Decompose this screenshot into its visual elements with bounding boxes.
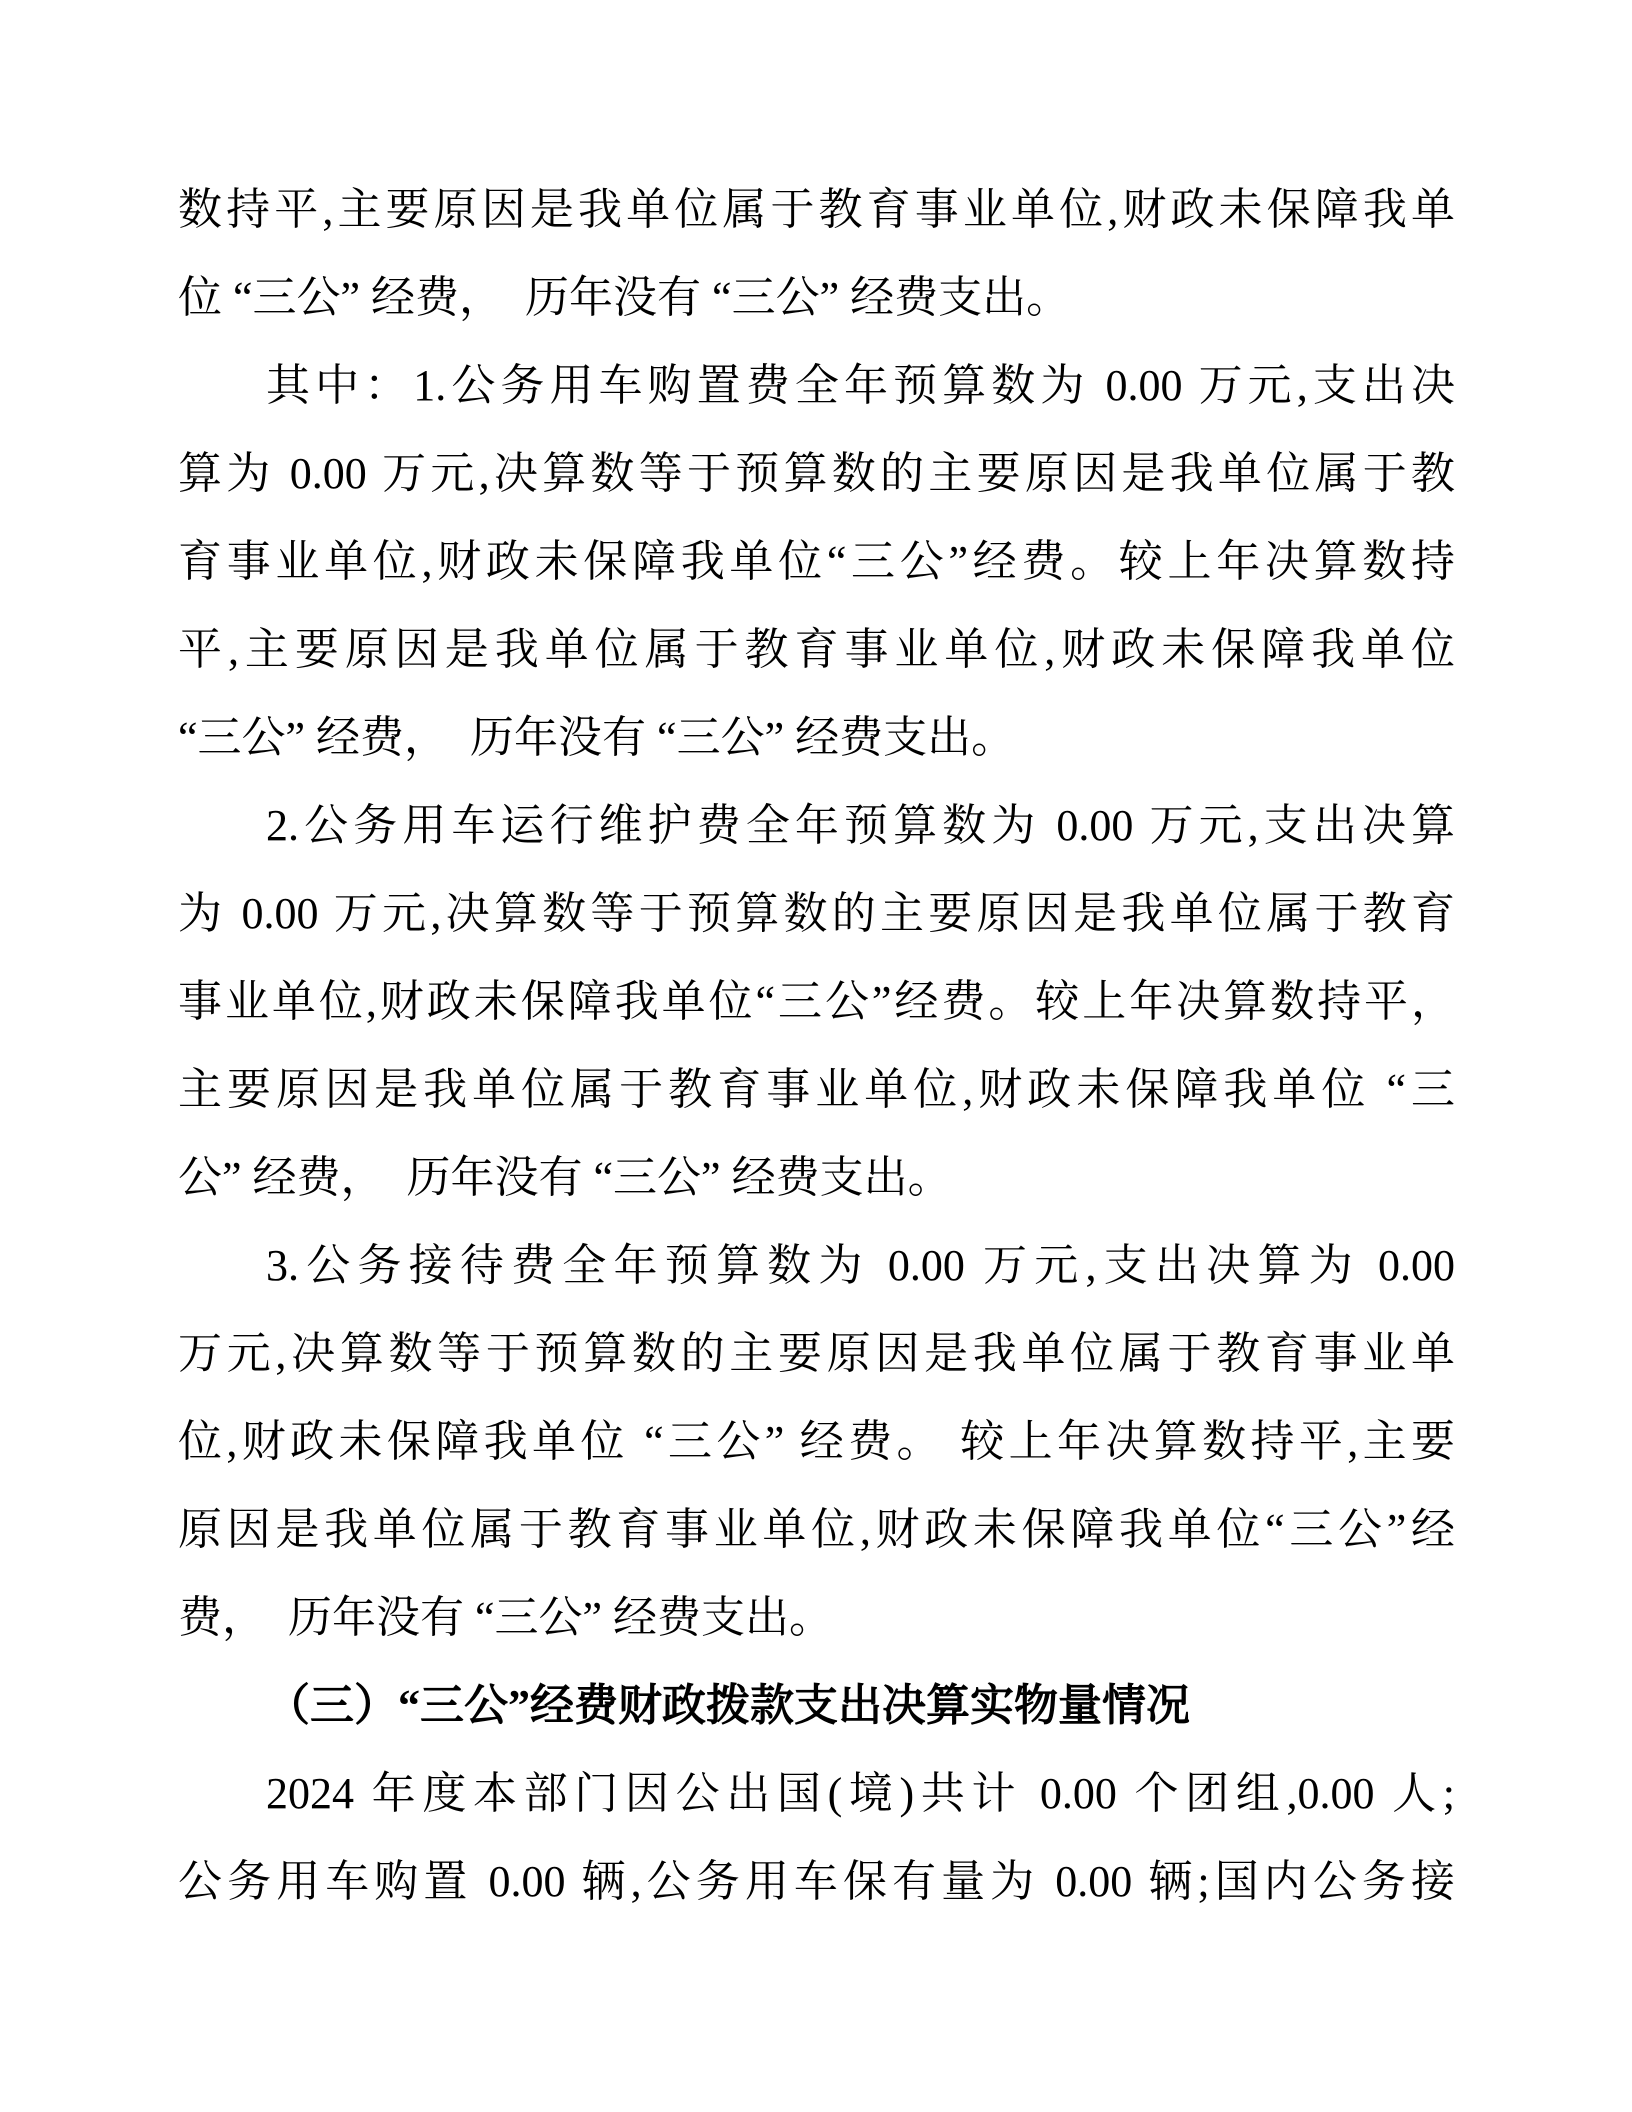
text-line: 其中：1.公务用车购置费全年预算数为 0.00 万元,支出决	[178, 342, 1455, 430]
text-line: 2.公务用车运行维护费全年预算数为 0.00 万元,支出决算	[178, 782, 1455, 870]
text-line: 数持平,主要原因是我单位属于教育事业单位,财政未保障我单	[178, 166, 1455, 254]
text-line: 位,财政未保障我单位 “三公” 经费。 较上年决算数持平,主要	[178, 1398, 1455, 1486]
text-line: 育事业单位,财政未保障我单位“三公”经费。较上年决算数持	[178, 518, 1455, 606]
text-line: 平,主要原因是我单位属于教育事业单位,财政未保障我单位	[178, 606, 1455, 694]
text-line: “三公” 经费， 历年没有 “三公” 经费支出。	[178, 694, 1455, 782]
text-line: 为 0.00 万元,决算数等于预算数的主要原因是我单位属于教育	[178, 870, 1455, 958]
text-line: 2024 年度本部门因公出国(境)共计 0.00 个团组,0.00 人;	[178, 1750, 1455, 1838]
text-line: 主要原因是我单位属于教育事业单位,财政未保障我单位 “三	[178, 1046, 1455, 1134]
text-line: 公务用车购置 0.00 辆,公务用车保有量为 0.00 辆;国内公务接	[178, 1838, 1455, 1926]
text-line: 位 “三公” 经费， 历年没有 “三公” 经费支出。	[178, 254, 1455, 342]
text-line: 3.公务接待费全年预算数为 0.00 万元,支出决算为 0.00	[178, 1222, 1455, 1310]
text-line: 事业单位,财政未保障我单位“三公”经费。较上年决算数持平，	[178, 958, 1455, 1046]
text-line: 原因是我单位属于教育事业单位,财政未保障我单位“三公”经	[178, 1486, 1455, 1574]
section-heading: （三）“三公”经费财政拨款支出决算实物量情况	[178, 1662, 1455, 1750]
text-line: 费， 历年没有 “三公” 经费支出。	[178, 1574, 1455, 1662]
text-line: 算为 0.00 万元,决算数等于预算数的主要原因是我单位属于教	[178, 430, 1455, 518]
text-line: 公” 经费， 历年没有 “三公” 经费支出。	[178, 1134, 1455, 1222]
document-page: 数持平,主要原因是我单位属于教育事业单位,财政未保障我单 位 “三公” 经费， …	[0, 0, 1632, 2112]
text-line: 万元,决算数等于预算数的主要原因是我单位属于教育事业单	[178, 1310, 1455, 1398]
